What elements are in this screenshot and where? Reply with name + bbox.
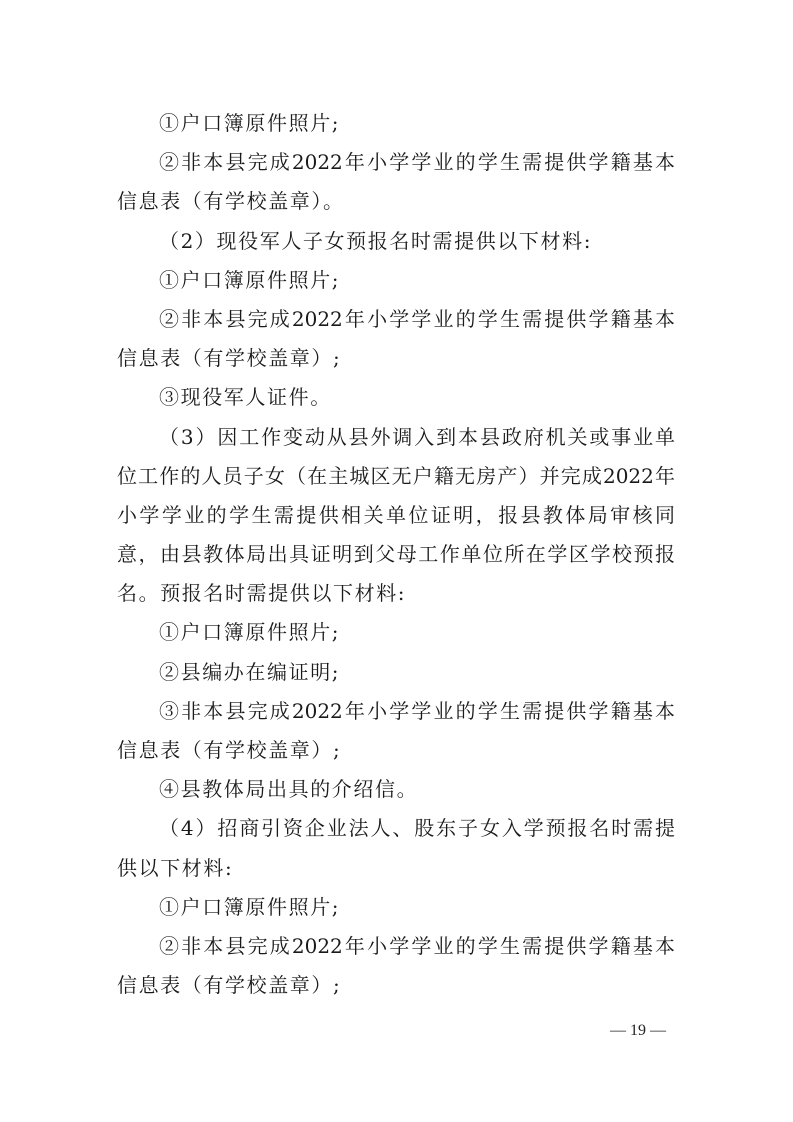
body-text: ①户口簿原件照片;②非本县完成2022年小学学业的学生需提供学籍基本信息表（有学…	[117, 104, 675, 1005]
text-line: 位工作的人员子女（在主城区无户籍无房产）并完成2022年	[117, 457, 675, 496]
text-line: 信息表（有学校盖章）;	[117, 731, 675, 770]
text-line: ②非本县完成2022年小学学业的学生需提供学籍基本	[117, 300, 675, 339]
text-line: （3）因工作变动从县外调入到本县政府机关或事业单	[117, 418, 675, 457]
text-line: ②县编办在编证明;	[117, 653, 675, 692]
text-line: 小学学业的学生需提供相关单位证明，报县教体局审核同	[117, 496, 675, 535]
text-line: ④县教体局出具的介绍信。	[117, 770, 675, 809]
text-line: ①户口簿原件照片;	[117, 888, 675, 927]
text-line: 信息表（有学校盖章）。	[117, 182, 675, 221]
text-line: ②非本县完成2022年小学学业的学生需提供学籍基本	[117, 143, 675, 182]
text-line: ①户口簿原件照片;	[117, 104, 675, 143]
text-line: 信息表（有学校盖章）;	[117, 339, 675, 378]
page-number: — 19 —	[610, 1022, 666, 1040]
text-line: 供以下材料:	[117, 849, 675, 888]
text-line: 信息表（有学校盖章）;	[117, 966, 675, 1005]
text-line: ③非本县完成2022年小学学业的学生需提供学籍基本	[117, 692, 675, 731]
text-line: ②非本县完成2022年小学学业的学生需提供学籍基本	[117, 927, 675, 966]
text-line: （4）招商引资企业法人、股东子女入学预报名时需提	[117, 809, 675, 848]
text-line: ①户口簿原件照片;	[117, 261, 675, 300]
text-line: （2）现役军人子女预报名时需提供以下材料:	[117, 222, 675, 261]
text-line: 名。预报名时需提供以下材料:	[117, 574, 675, 613]
document-page: ①户口簿原件照片;②非本县完成2022年小学学业的学生需提供学籍基本信息表（有学…	[0, 0, 793, 1122]
text-line: ①户口簿原件照片;	[117, 613, 675, 652]
text-line: 意，由县教体局出具证明到父母工作单位所在学区学校预报	[117, 535, 675, 574]
text-line: ③现役军人证件。	[117, 378, 675, 417]
